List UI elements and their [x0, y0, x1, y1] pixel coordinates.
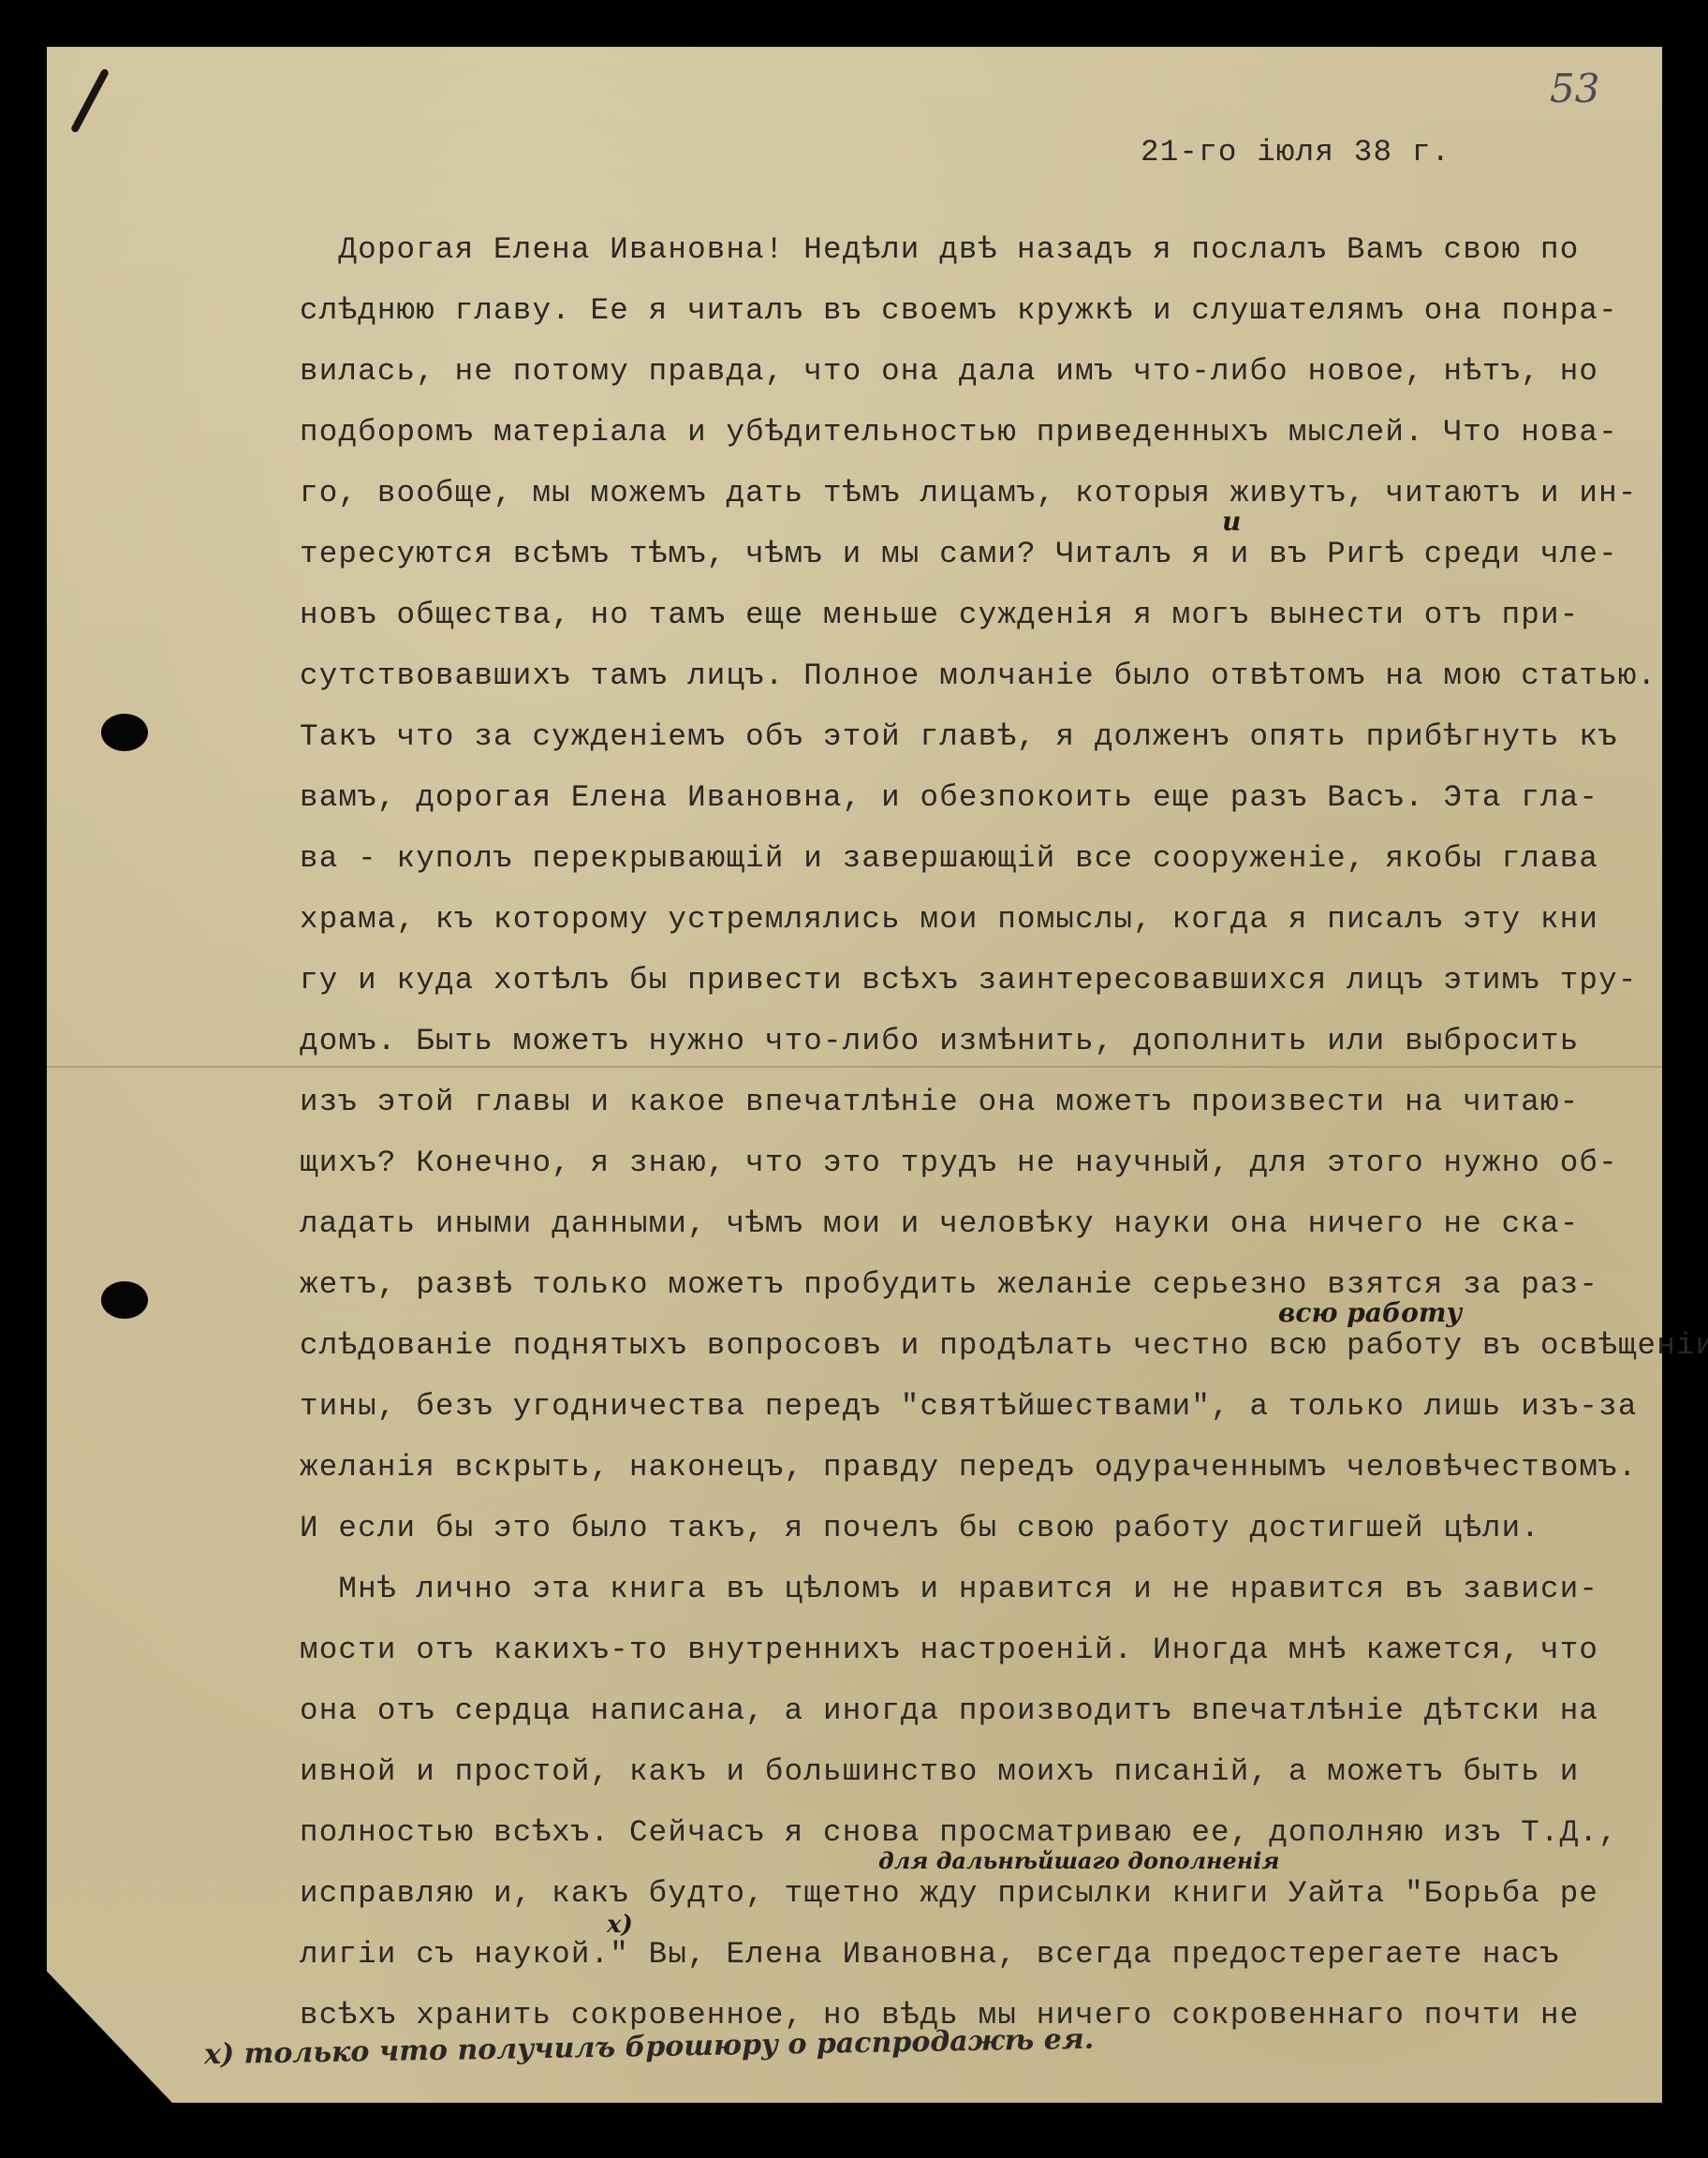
letter-line: Такъ что за сужденіемъ объ этой главѣ, я…	[300, 719, 1618, 754]
letter-line: храма, къ которому устремлялись мои помы…	[300, 902, 1598, 937]
handwritten-insertion: и	[1222, 506, 1241, 537]
letter-line: тины, безъ угодничества передъ "святѣйше…	[300, 1389, 1638, 1424]
letter-line: гу и куда хотѣлъ бы привести всѣхъ заинт…	[300, 963, 1638, 998]
letter-line: И если бы это было такъ, я почелъ бы сво…	[300, 1511, 1540, 1545]
letter-line: ва - куполъ перекрывающій и завершающій …	[300, 841, 1598, 876]
letter-line: ладать иными данными, чѣмъ мои и человѣк…	[300, 1206, 1579, 1241]
letter-line: слѣдованіе поднятыхъ вопросовъ и продѣла…	[300, 1328, 1708, 1363]
letter-line: мости отъ какихъ-то внутреннихъ настроен…	[300, 1633, 1598, 1667]
letter-line: ивной и простой, какъ и большинство моих…	[300, 1754, 1579, 1789]
letter-line: новъ общества, но тамъ еще меньше сужден…	[300, 598, 1579, 632]
punch-hole-icon	[101, 1281, 148, 1319]
letter-line: щихъ? Конечно, я знаю, что это трудъ не …	[300, 1146, 1618, 1180]
handwritten-insertion: всю работу	[1278, 1297, 1462, 1328]
letter-line: изъ этой главы и какое впечатлѣніе она м…	[300, 1085, 1579, 1119]
letter-line: лигіи съ наукой." Вы, Елена Ивановна, вс…	[300, 1937, 1560, 1972]
letter-line: Дорогая Елена Ивановна! Недѣли двѣ назад…	[300, 232, 1579, 267]
letter-line: Мнѣ лично эта книга въ цѣломъ и нравится…	[300, 1572, 1598, 1606]
letter-line: вилась, не потому правда, что она дала и…	[300, 354, 1598, 389]
letter-line: слѣднюю главу. Ее я читалъ въ своемъ кру…	[300, 293, 1618, 328]
paper-fold-crease	[47, 1066, 1662, 1068]
letter-line: домъ. Быть можетъ нужно что-либо измѣнит…	[300, 1024, 1579, 1058]
punch-hole-icon	[101, 714, 148, 751]
letter-line: вамъ, дорогая Елена Ивановна, и обезпоко…	[300, 780, 1598, 815]
letter-line: тересуются всѣмъ тѣмъ, чѣмъ и мы сами? Ч…	[300, 537, 1618, 571]
letter-line: исправляю и, какъ будто, тщетно жду прис…	[300, 1876, 1598, 1911]
letter-line: она отъ сердца написана, а иногда произв…	[300, 1693, 1598, 1728]
handwritten-insertion: x)	[607, 1911, 633, 1939]
letter-line: го, вообще, мы можемъ дать тѣмъ лицамъ, …	[300, 476, 1638, 510]
handwritten-insertion: для дальнѣйшаго дополненія	[878, 1847, 1280, 1874]
letter-line: полностью всѣхъ. Сейчасъ я снова просмат…	[300, 1815, 1618, 1850]
page-number: 53	[1550, 66, 1599, 111]
letter-line: желанія вскрыть, наконецъ, правду передъ…	[300, 1450, 1638, 1485]
letter-line: сутствовавшихъ тамъ лицъ. Полное молчані…	[300, 658, 1656, 693]
letter-date: 21-го іюля 38 г.	[1141, 135, 1450, 170]
letter-line: подборомъ матеріала и убѣдительностью пр…	[300, 415, 1618, 450]
